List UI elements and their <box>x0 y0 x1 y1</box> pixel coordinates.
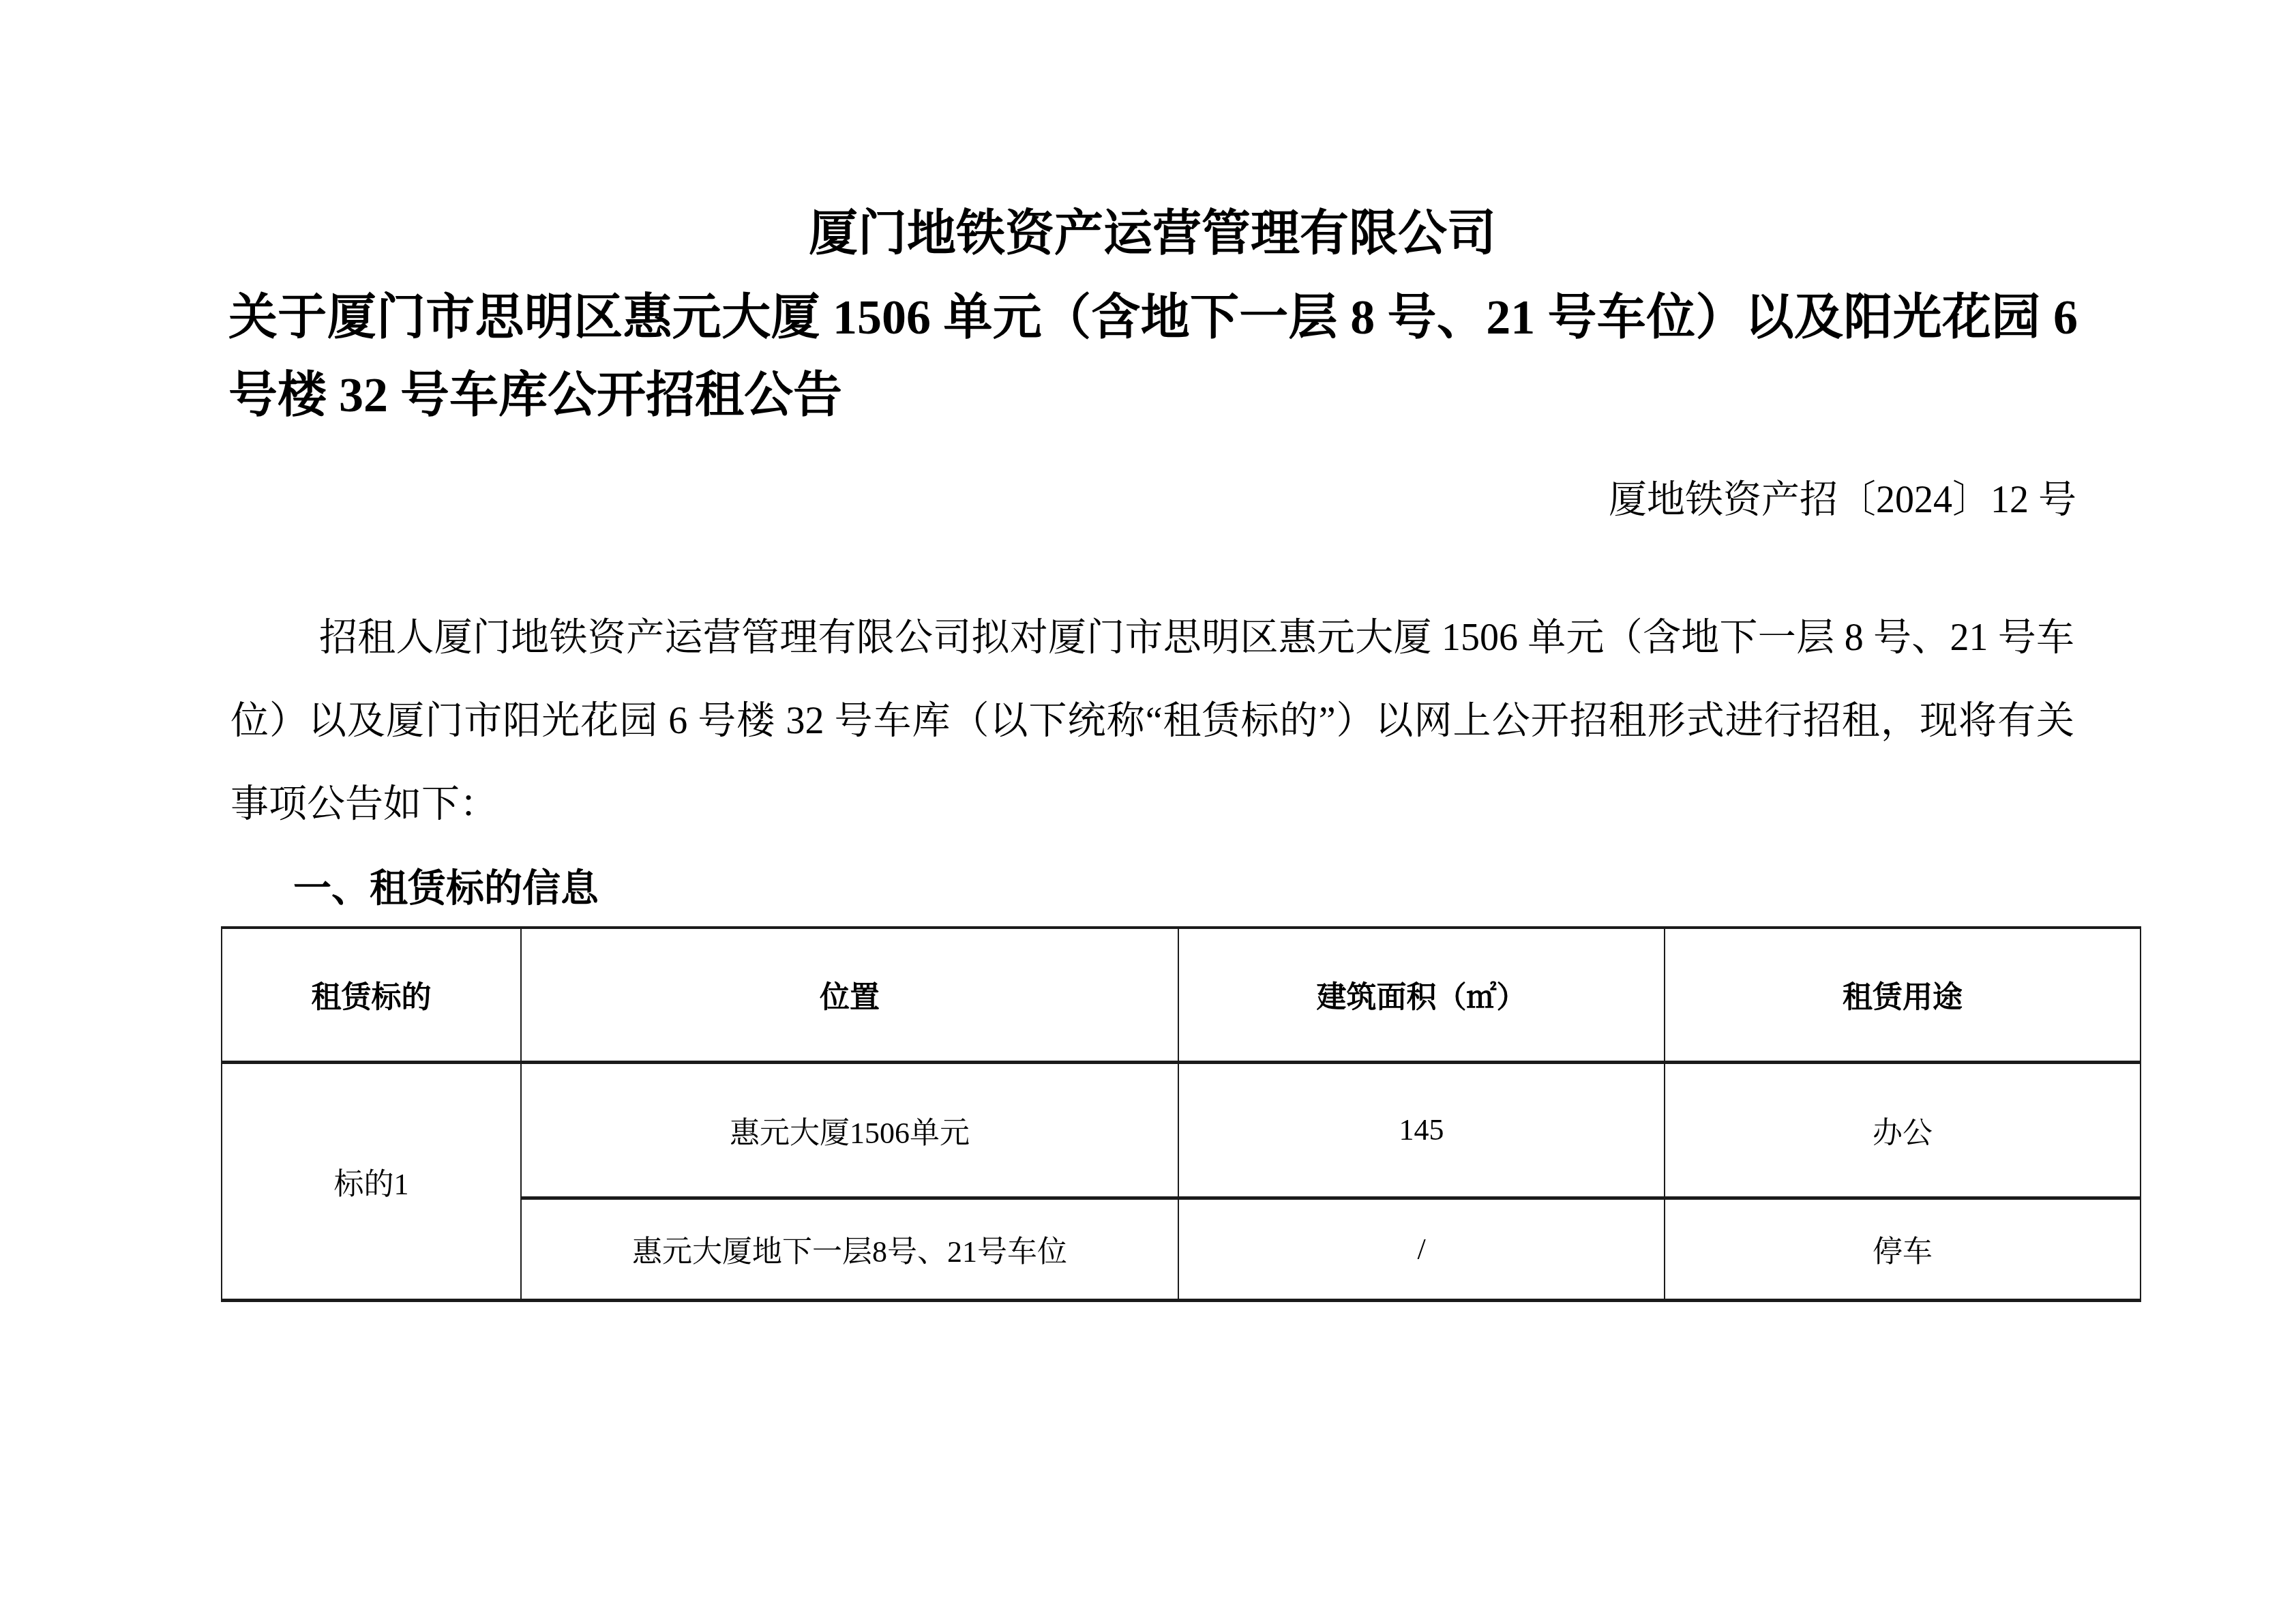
section-heading: 一、租赁标的信息 <box>293 866 599 911</box>
document-number: 厦地铁资产招〔2024〕12 号 <box>228 476 2076 524</box>
table-row: 标的1 惠元大厦1506单元 145 办公 <box>222 1062 2141 1198</box>
lease-info-table: 租赁标的 位置 建筑面积（㎡） 租赁用途 标的1 惠元大厦1506单元 145 … <box>221 926 2141 1302</box>
company-title: 厦门地铁资产运营管理有限公司 <box>228 199 2076 267</box>
location-cell: 惠元大厦地下一层8号、21号车位 <box>521 1198 1178 1300</box>
header-cell-location: 位置 <box>521 928 1178 1062</box>
location-cell: 惠元大厦1506单元 <box>521 1062 1178 1198</box>
subject-group-cell: 标的1 <box>222 1062 521 1300</box>
use-cell: 停车 <box>1665 1198 2141 1300</box>
header-cell-area: 建筑面积（㎡） <box>1178 928 1665 1062</box>
header-cell-use: 租赁用途 <box>1665 928 2141 1062</box>
body-paragraph: 招租人厦门地铁资产运营管理有限公司拟对厦门市思明区惠元大厦 1506 单元（含地… <box>230 596 2074 846</box>
area-cell: 145 <box>1178 1062 1665 1198</box>
table-header-row: 租赁标的 位置 建筑面积（㎡） 租赁用途 <box>222 928 2141 1062</box>
area-cell: / <box>1178 1198 1665 1300</box>
header-cell-subject: 租赁标的 <box>222 928 521 1062</box>
notice-title: 关于厦门市思明区惠元大厦 1506 单元（含地下一层 8 号、21 号车位）以及… <box>228 278 2078 434</box>
document-page: 厦门地铁资产运营管理有限公司 关于厦门市思明区惠元大厦 1506 单元（含地下一… <box>0 0 2296 1624</box>
use-cell: 办公 <box>1665 1062 2141 1198</box>
